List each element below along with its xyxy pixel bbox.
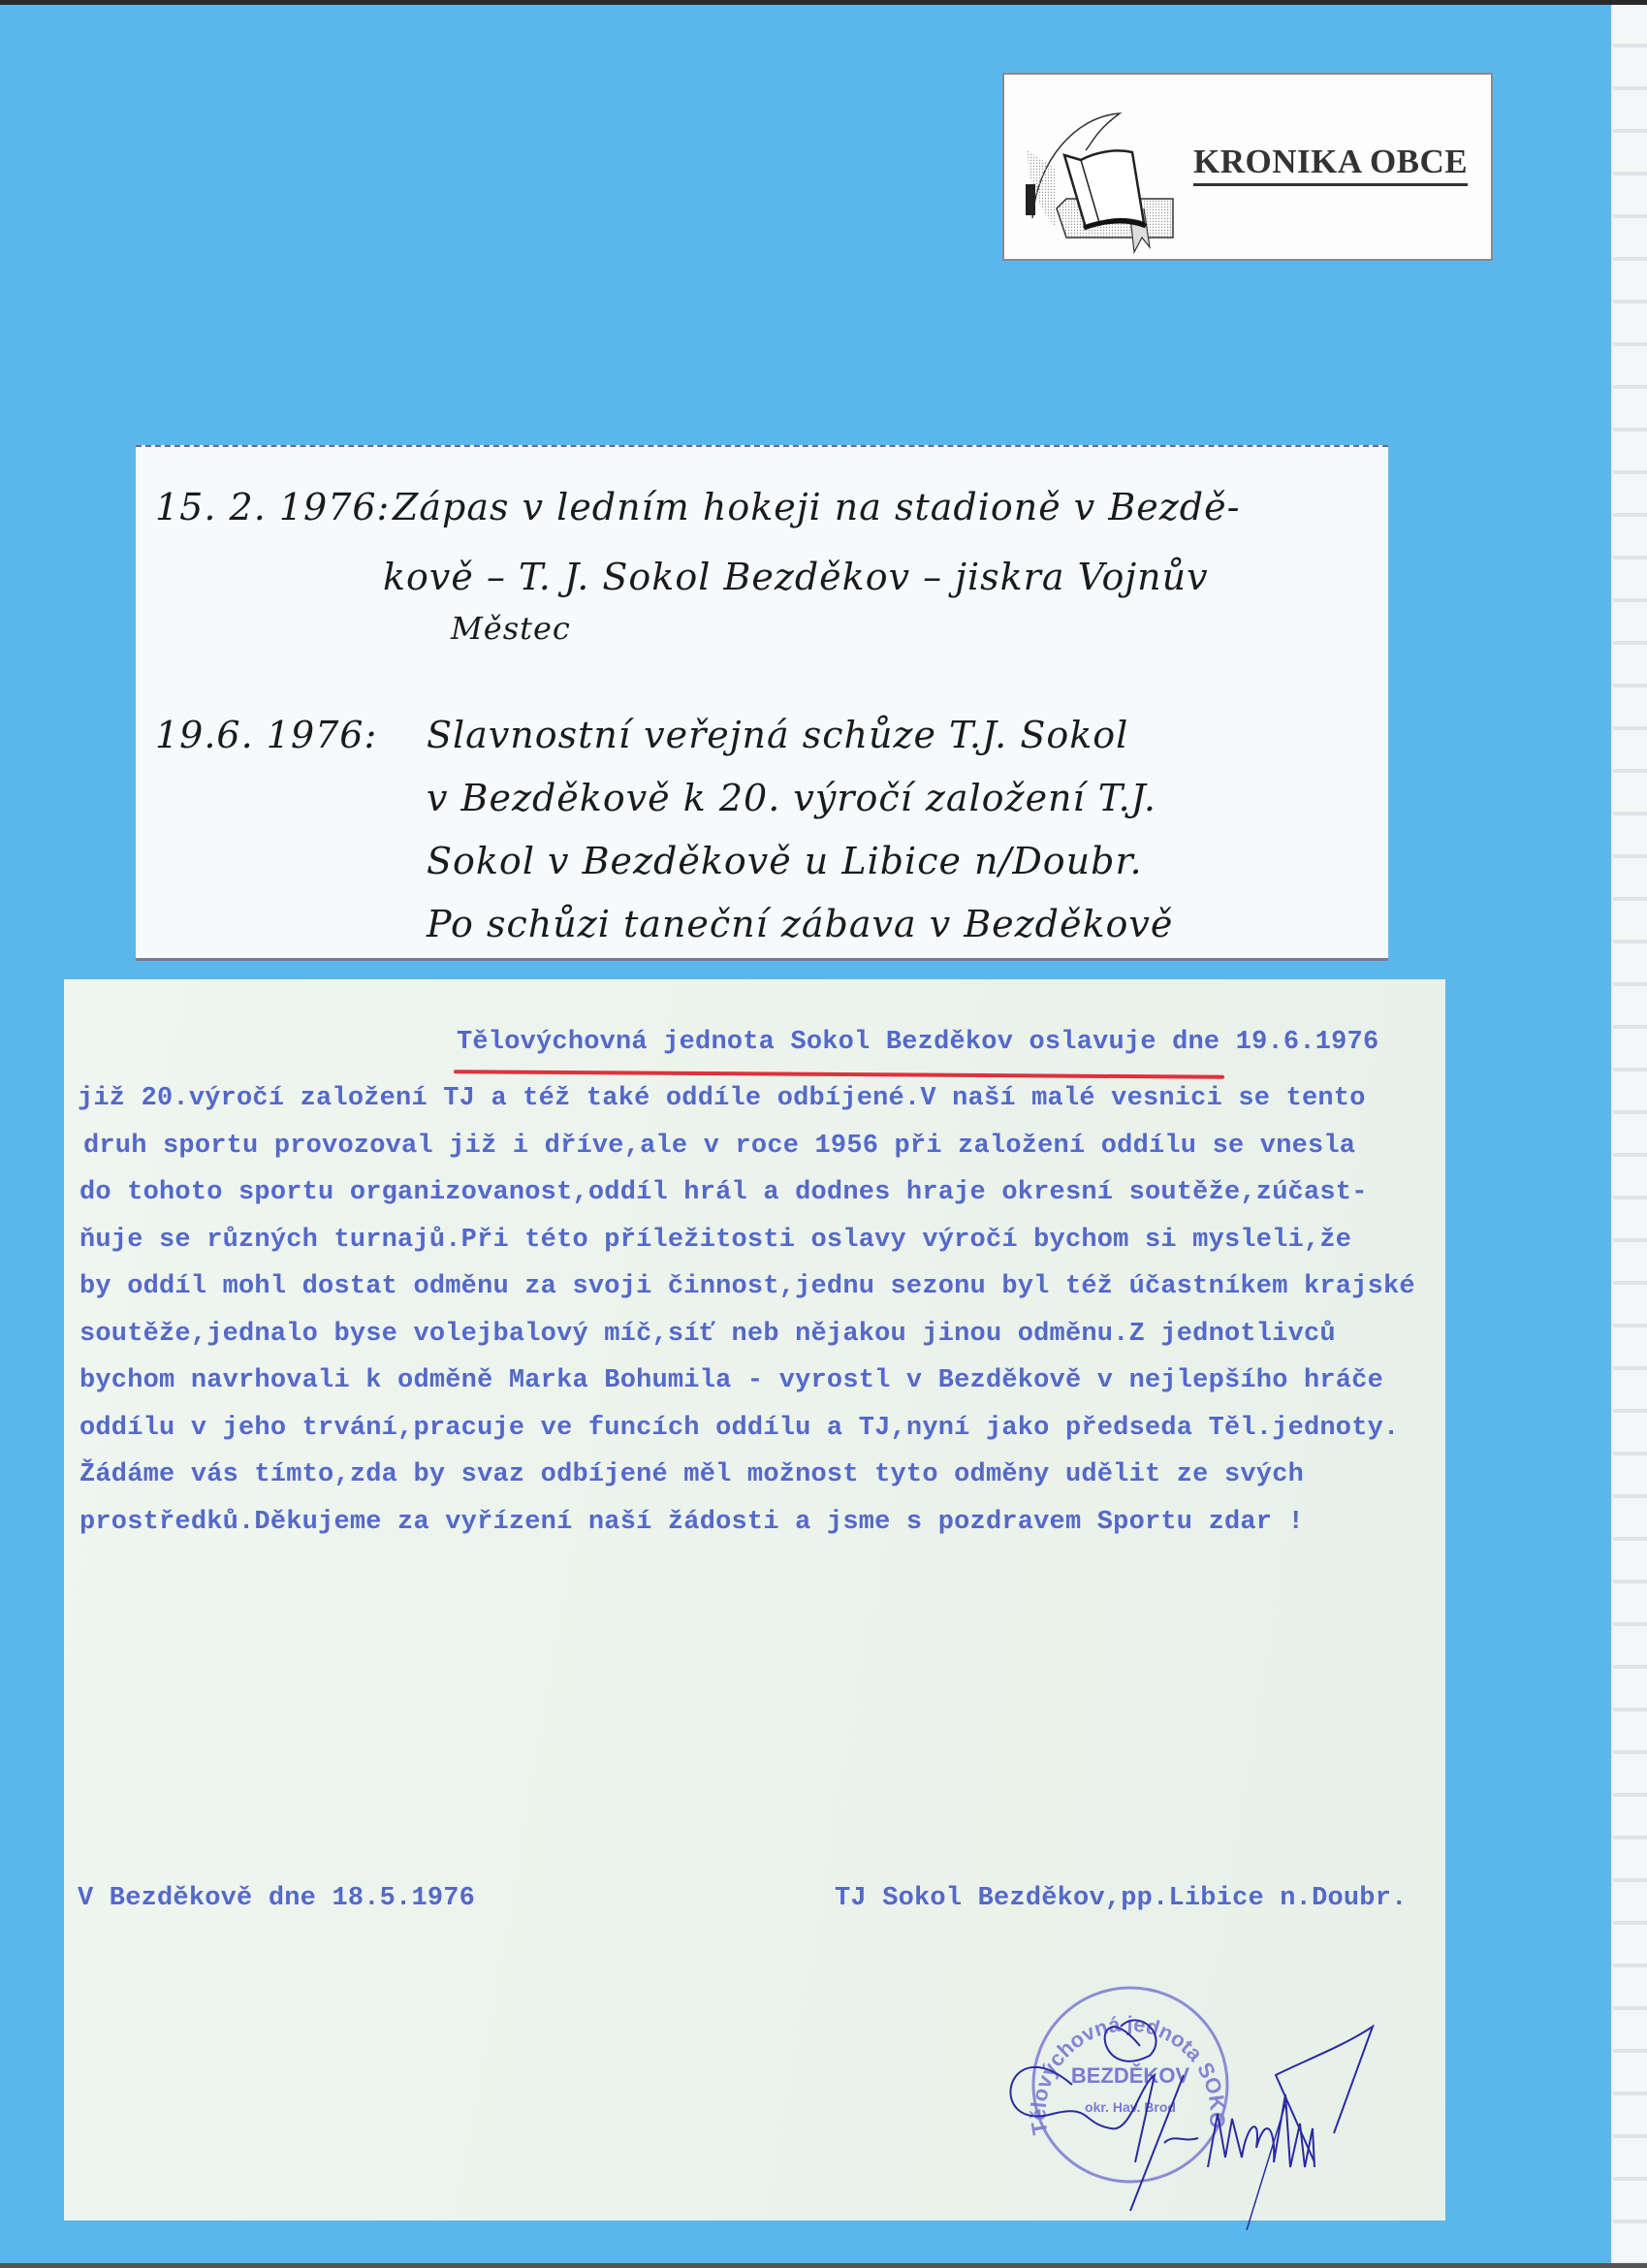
entry-line: v Bezděkově k 20. výročí založení T.J. [427, 777, 1156, 819]
letter-body-line: bychom navrhovali k odměně Marka Bohumil… [79, 1366, 1383, 1395]
scan-top-edge [0, 0, 1647, 5]
red-underline [454, 1070, 1224, 1079]
letter-place-date: V Bezděkově dne 18.5.1976 [78, 1884, 475, 1913]
letter-body-line: Žádáme vás tímto,zda by svaz odbíjené mě… [79, 1460, 1304, 1489]
chronicle-title: KRONIKA OBCE [1193, 143, 1468, 186]
letter-body-line: soutěže,jednalo byse volejbalový míč,síť… [79, 1320, 1336, 1349]
letter-sender: TJ Sokol Bezděkov,pp.Libice n.Doubr. [835, 1884, 1408, 1913]
letter-body-line: by oddíl mohl dostat odměnu za svoji čin… [79, 1272, 1415, 1301]
signature-icon [966, 1968, 1411, 2230]
letter-body-line: prostředků.Děkujeme za vyřízení naší žád… [79, 1508, 1304, 1537]
entry-line: Po schůzi taneční zábava v Bezděkově [427, 903, 1173, 945]
handwritten-note-card: 15. 2. 1976: Zápas v ledním hokeji na st… [136, 445, 1388, 961]
letter-body-line: již 20.výročí založení TJ a též také odd… [78, 1084, 1366, 1113]
chronicle-header-card: KRONIKA OBCE [1002, 73, 1493, 261]
entry-line: Slavnostní veřejná schůze T.J. Sokol [427, 714, 1128, 756]
entry-line: kově – T. J. Sokol Bezděkov – jiskra Voj… [383, 556, 1209, 598]
entry-line: Zápas v ledním hokeji na stadioně v Bezd… [393, 486, 1240, 528]
letter-body-line: druh sportu provozoval již i dříve,ale v… [83, 1132, 1355, 1161]
open-book-quill-icon [1018, 92, 1183, 257]
scan-bottom-edge [0, 2263, 1647, 2268]
letter-heading: Tělovýchovná jednota Sokol Bezděkov osla… [457, 1028, 1378, 1057]
binder-strip [1611, 5, 1647, 2268]
entry-date: 15. 2. 1976: [155, 486, 390, 528]
entry-line: Městec [451, 610, 571, 647]
letter-body-line: oddílu v jeho trvání,pracuje ve funcích … [79, 1414, 1399, 1443]
letter-body-line: ňuje se různých turnajů.Při této příleži… [79, 1226, 1351, 1255]
typed-letter: Tělovýchovná jednota Sokol Bezděkov osla… [64, 979, 1445, 2220]
letter-body-line: do tohoto sportu organizovanost,oddíl hr… [79, 1178, 1368, 1207]
entry-date: 19.6. 1976: [155, 714, 377, 756]
entry-line: Sokol v Bezděkově u Libice n/Doubr. [427, 840, 1143, 882]
